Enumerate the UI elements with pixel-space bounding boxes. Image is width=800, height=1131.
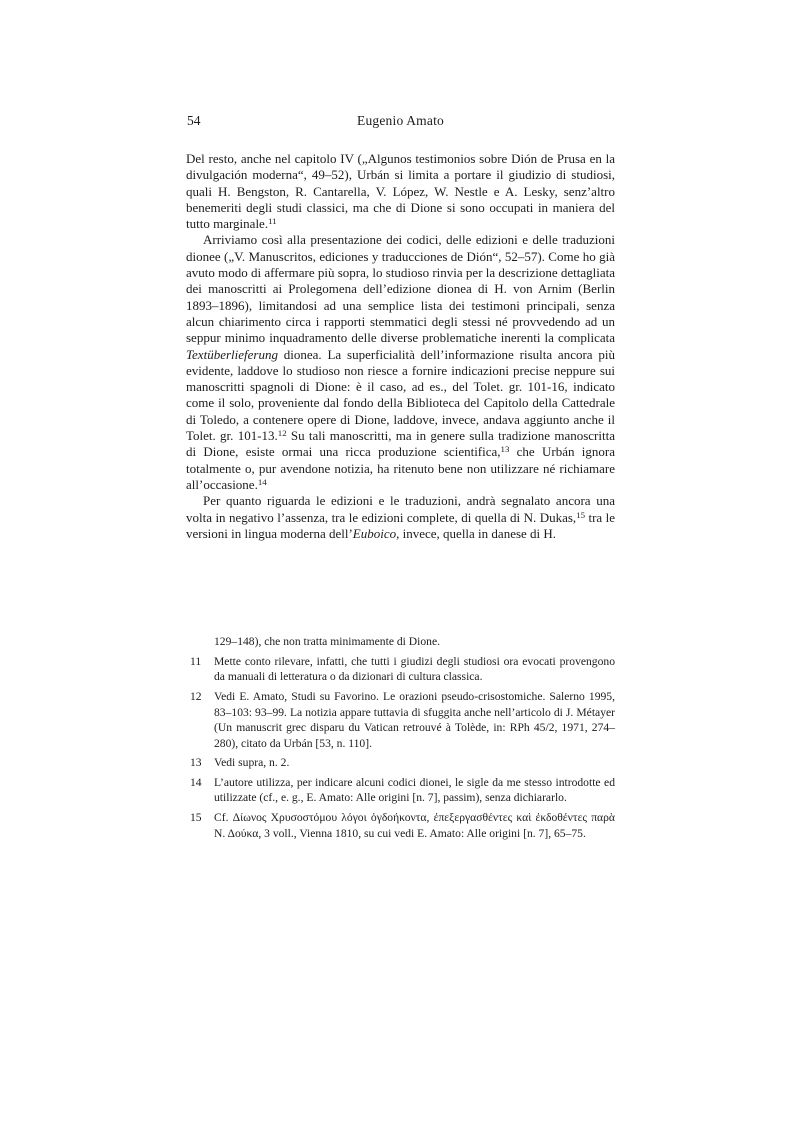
text-run: invece, quella in danese di H. [399, 526, 556, 541]
footnote-text: Vedi E. Amato, Studi su Favorino. Le ora… [214, 689, 615, 751]
footnote-number: 12 [186, 689, 214, 751]
footnote-item: 129–148), che non tratta minimamente di … [186, 634, 615, 650]
paragraph: Per quanto riguarda le edizioni e le tra… [186, 493, 615, 542]
paragraph: Arriviamo così alla presentazione dei co… [186, 232, 615, 493]
footnotes: 129–148), che non tratta minimamente di … [186, 634, 615, 841]
footnote-item: 11Mette conto rilevare, infatti, che tut… [186, 654, 615, 685]
text-run: Euboico, [353, 526, 400, 541]
footnote-text: Cf. Δίωνος Χρυσοστόμου λόγοι ὀγδοήκοντα,… [214, 810, 615, 841]
footnote-marker: 11 [268, 216, 277, 226]
text-run: Mette conto rilevare, infatti, che tutti… [214, 655, 615, 684]
text-run: Textüberlieferung [186, 347, 278, 362]
text-run: Arriviamo così alla presentazione dei co… [186, 232, 615, 345]
footnote-item: 14L’autore utilizza, per indicare alcuni… [186, 775, 615, 806]
footnote-number: 13 [186, 755, 214, 771]
text-run: Del resto, anche nel capitolo IV („Algun… [186, 151, 615, 231]
footnote-number: 15 [186, 810, 214, 841]
footnote-number [186, 634, 214, 650]
footnote-item: 13Vedi supra, n. 2. [186, 755, 615, 771]
footnote-paragraph: Vedi supra, n. 2. [214, 755, 615, 771]
document-page: 54 Eugenio Amato Del resto, anche nel ca… [0, 0, 800, 1131]
footnote-marker: 12 [278, 428, 287, 438]
running-header-title: Eugenio Amato [186, 113, 615, 129]
footnote-number: 14 [186, 775, 214, 806]
footnote-paragraph: 129–148), che non tratta minimamente di … [214, 634, 615, 650]
text-run: Vedi supra, n. 2. [214, 756, 289, 769]
footnote-marker: 13 [501, 444, 510, 454]
body-text: Del resto, anche nel capitolo IV („Algun… [186, 151, 615, 542]
footnote-text: 129–148), che non tratta minimamente di … [214, 634, 615, 650]
footnote-number: 11 [186, 654, 214, 685]
footnote-paragraph: Cf. Δίωνος Χρυσοστόμου λόγοι ὀγδοήκοντα,… [214, 810, 615, 841]
text-run: L’autore utilizza, per indicare alcuni c… [214, 776, 615, 805]
footnote-paragraph: Mette conto rilevare, infatti, che tutti… [214, 654, 615, 685]
footnote-paragraph: L’autore utilizza, per indicare alcuni c… [214, 775, 615, 806]
text-run: Cf. Δίωνος Χρυσοστόμου λόγοι ὀγδοήκοντα,… [214, 811, 615, 840]
page-content: 54 Eugenio Amato Del resto, anche nel ca… [186, 113, 615, 845]
footnote-marker: 14 [258, 477, 267, 487]
text-run: 129–148), che non tratta minimamente di … [214, 635, 440, 648]
footnote-text: L’autore utilizza, per indicare alcuni c… [214, 775, 615, 806]
text-run: Per quanto riguarda le edizioni e le tra… [186, 493, 615, 524]
footnote-paragraph: Vedi E. Amato, Studi su Favorino. Le ora… [214, 689, 615, 751]
text-run: Vedi E. Amato, Studi su Favorino. Le ora… [214, 690, 615, 750]
paragraph: Del resto, anche nel capitolo IV („Algun… [186, 151, 615, 232]
footnote-marker: 15 [576, 510, 585, 520]
footnote-text: Mette conto rilevare, infatti, che tutti… [214, 654, 615, 685]
running-head: 54 Eugenio Amato [186, 113, 615, 130]
footnote-item: 12Vedi E. Amato, Studi su Favorino. Le o… [186, 689, 615, 751]
footnote-item: 15Cf. Δίωνος Χρυσοστόμου λόγοι ὀγδοήκοντ… [186, 810, 615, 841]
footnote-text: Vedi supra, n. 2. [214, 755, 615, 771]
